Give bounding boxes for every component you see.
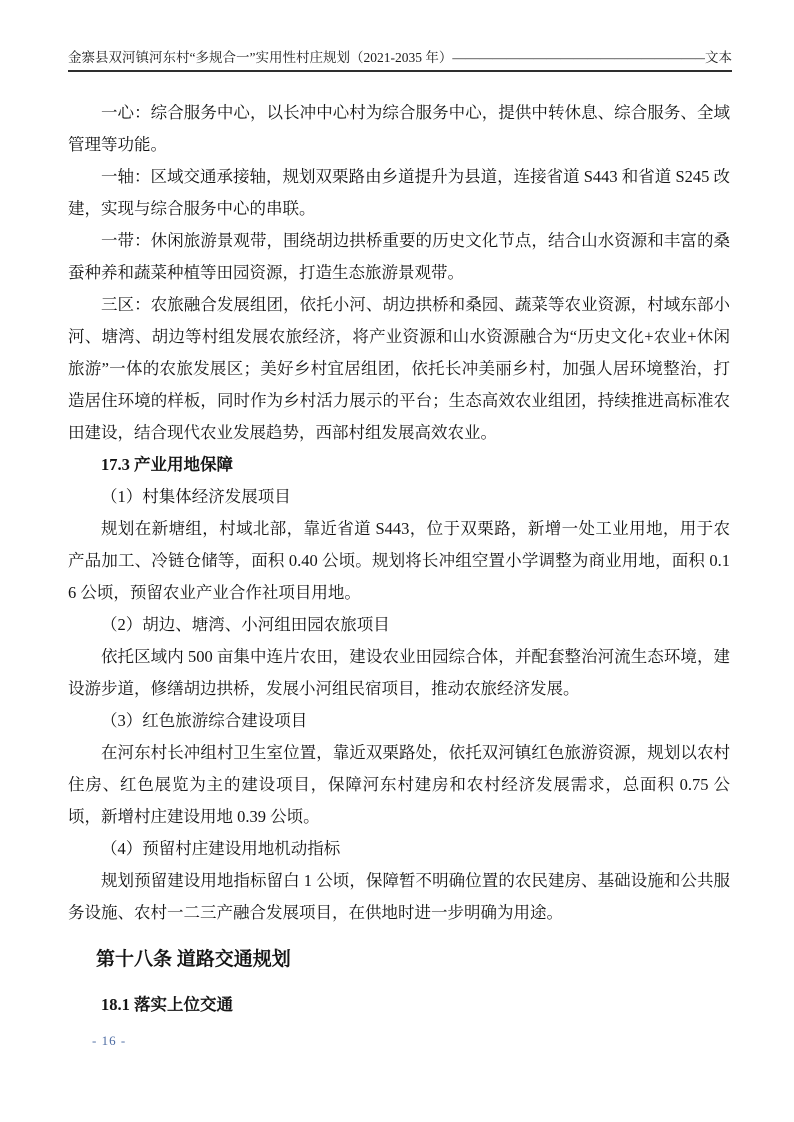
para-one-axis: 一轴：区域交通承接轴，规划双栗路由乡道提升为县道，连接省道 S443 和省道 S… — [68, 161, 730, 225]
para-one-center: 一心：综合服务中心，以长冲中心村为综合服务中心，提供中转休息、综合服务、全域管理… — [68, 97, 730, 161]
page-header: 金寨县双河镇河东村“多规合一”实用性村庄规划（2021-2035 年） ————… — [68, 50, 732, 72]
header-title: 金寨县双河镇河东村“多规合一”实用性村庄规划（2021-2035 年） — [68, 50, 452, 66]
section-heading-17-3: 17.3 产业用地保障 — [68, 449, 730, 481]
para-one-belt: 一带：休闲旅游景观带，围绕胡边拱桥重要的历史文化节点，结合山水资源和丰富的桑蚕种… — [68, 225, 730, 289]
item-2-rural-tourism-project: （2）胡边、塘湾、小河组田园农旅项目 — [68, 609, 730, 641]
chapter-heading-article-18: 第十八条 道路交通规划 — [68, 947, 730, 973]
para-reserved-land-detail: 规划预留建设用地指标留白 1 公顷，保障暂不明确位置的农民建房、基础设施和公共服… — [68, 865, 730, 929]
header-dashes: ———————————————————————— — [452, 50, 705, 66]
item-4-reserved-land-quota: （4）预留村庄建设用地机动指标 — [68, 833, 730, 865]
item-3-red-tourism-project: （3）红色旅游综合建设项目 — [68, 705, 730, 737]
document-body: 一心：综合服务中心，以长冲中心村为综合服务中心，提供中转休息、综合服务、全域管理… — [68, 97, 730, 1021]
header-doc-type-label: 文本 — [705, 50, 732, 66]
document-page: 金寨县双河镇河东村“多规合一”实用性村庄规划（2021-2035 年） ————… — [0, 0, 794, 1122]
section-heading-18-1: 18.1 落实上位交通 — [68, 989, 730, 1021]
para-farmland-project-detail: 依托区域内 500 亩集中连片农田，建设农业田园综合体，并配套整治河流生态环境，… — [68, 641, 730, 705]
para-red-tourism-detail: 在河东村长冲组村卫生室位置，靠近双栗路处，依托双河镇红色旅游资源，规划以农村住房… — [68, 737, 730, 833]
para-three-districts: 三区：农旅融合发展组团，依托小河、胡边拱桥和桑园、蔬菜等农业资源，村域东部小河、… — [68, 289, 730, 449]
page-number: - 16 - — [92, 1033, 126, 1049]
para-industrial-land-plan: 规划在新塘组，村域北部，靠近省道 S443，位于双栗路，新增一处工业用地，用于农… — [68, 513, 730, 609]
item-1-village-collective-economy: （1）村集体经济发展项目 — [68, 481, 730, 513]
